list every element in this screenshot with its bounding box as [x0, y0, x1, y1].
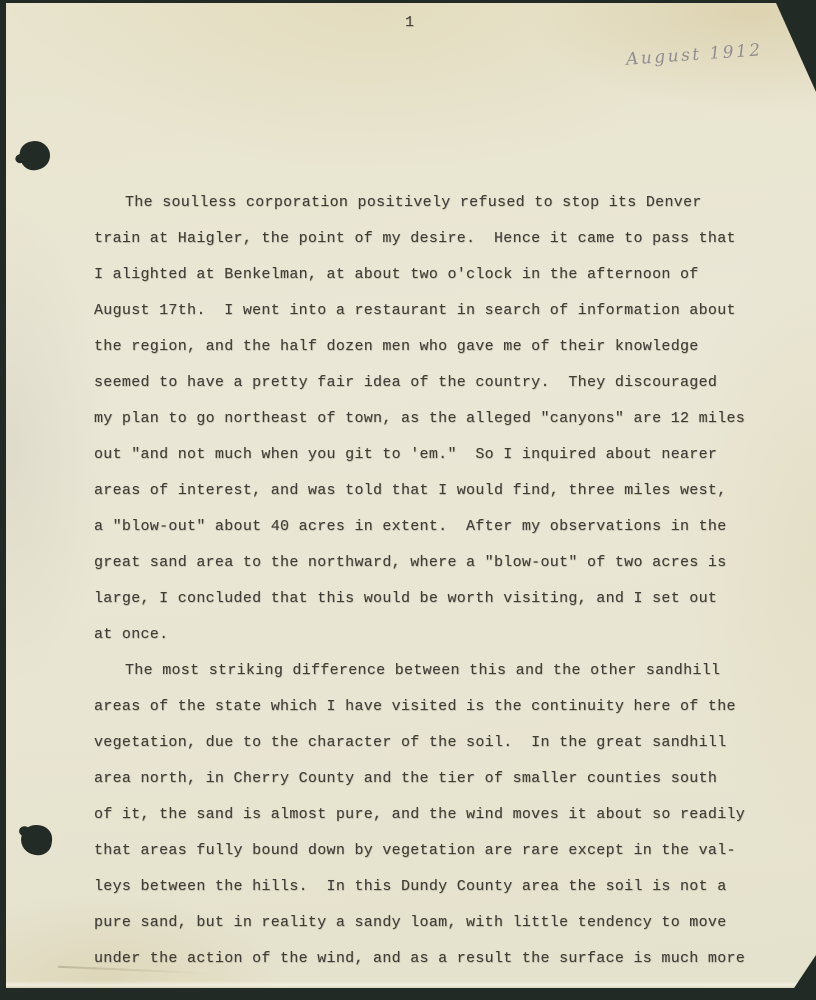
page-number: 1 — [405, 14, 414, 31]
text-line: large, I concluded that this would be wo… — [94, 581, 774, 617]
text-line: leys between the hills. In this Dundy Co… — [94, 869, 774, 905]
text-line: great sand area to the northward, where … — [94, 545, 774, 581]
text-line: I alighted at Benkelman, at about two o'… — [94, 257, 774, 293]
text-line: out "and not much when you git to 'em." … — [94, 437, 774, 473]
text-line: areas of interest, and was told that I w… — [94, 473, 774, 509]
paper-bottom-edge — [6, 981, 816, 988]
typed-text: The soulless corporation positively refu… — [94, 185, 774, 977]
text-line: my plan to go northeast of town, as the … — [94, 401, 774, 437]
text-line: areas of the state which I have visited … — [94, 689, 774, 725]
scan-backdrop: 1 August 1912 The soulless corporation p… — [0, 0, 816, 1000]
text-line: The soulless corporation positively refu… — [94, 185, 774, 221]
text-line: of it, the sand is almost pure, and the … — [94, 797, 774, 833]
text-line: The most striking difference between thi… — [94, 653, 774, 689]
text-line: August 17th. I went into a restaurant in… — [94, 293, 774, 329]
paper-sheet: 1 August 1912 The soulless corporation p… — [6, 3, 816, 988]
text-line: at once. — [94, 617, 774, 653]
text-line: a "blow-out" about 40 acres in extent. A… — [94, 509, 774, 545]
text-line: seemed to have a pretty fair idea of the… — [94, 365, 774, 401]
handwritten-date-annotation: August 1912 — [625, 40, 763, 69]
text-line: pure sand, but in reality a sandy loam, … — [94, 905, 774, 941]
text-line: train at Haigler, the point of my desire… — [94, 221, 774, 257]
text-line: vegetation, due to the character of the … — [94, 725, 774, 761]
text-line: that areas fully bound down by vegetatio… — [94, 833, 774, 869]
text-line: the region, and the half dozen men who g… — [94, 329, 774, 365]
text-line: area north, in Cherry County and the tie… — [94, 761, 774, 797]
